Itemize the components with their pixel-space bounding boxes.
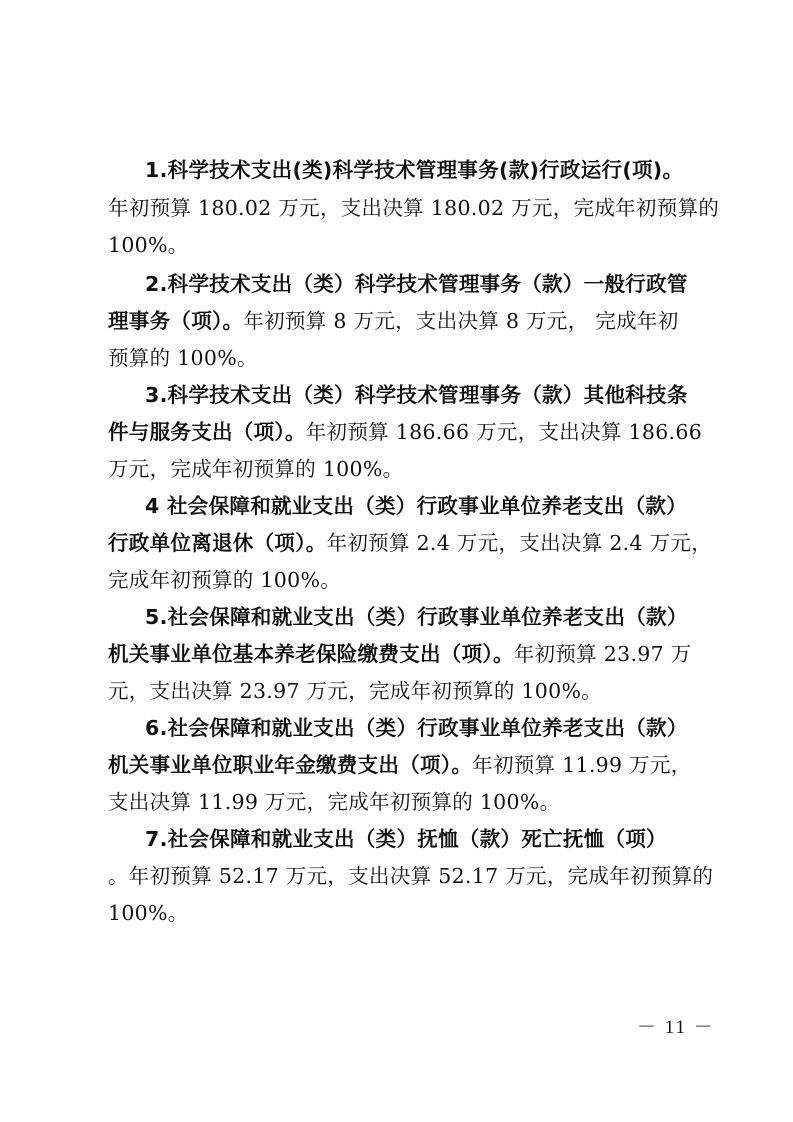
item-3-line-2: 件与服务支出（项）。年初预算 186.66 万元，支出决算 186.66 xyxy=(108,418,698,446)
document-page: 1.科学技术支出(类)科学技术管理事务(款)行政运行(项)。 年初预算 180.… xyxy=(0,0,793,1122)
item-heading: 5.社会保障和就业支出（类）行政事业单位养老支出（款） xyxy=(145,605,688,629)
item-heading: 行政单位离退休（项）。 xyxy=(108,531,327,555)
item-text: 100%。 xyxy=(108,901,189,925)
item-text: 万元，完成年初预算的 100%。 xyxy=(108,457,403,481)
item-5-line-2: 机关事业单位基本养老保险缴费支出（项）。年初预算 23.97 万 xyxy=(108,640,698,668)
item-1-line-2: 年初预算 180.02 万元，支出决算 180.02 万元，完成年初预算的 xyxy=(108,194,698,222)
item-5-line-3: 元，支出决算 23.97 万元，完成年初预算的 100%。 xyxy=(108,677,698,705)
item-text: 100%。 xyxy=(108,233,189,257)
item-3-line-3: 万元，完成年初预算的 100%。 xyxy=(108,455,698,483)
item-heading: 件与服务支出（项）。 xyxy=(108,420,306,444)
item-text: 年初预算 186.66 万元，支出决算 186.66 xyxy=(306,420,702,444)
item-heading: 2.科学技术支出（类）科学技术管理事务（款）一般行政管 xyxy=(145,272,688,296)
item-2-line-3: 预算的 100%。 xyxy=(108,344,698,372)
item-heading: 4 社会保障和就业支出（类）行政事业单位养老支出（款） xyxy=(145,494,687,518)
item-4-line-1: 4 社会保障和就业支出（类）行政事业单位养老支出（款） xyxy=(145,492,698,520)
item-2-line-2: 理事务（项）。年初预算 8 万元，支出决算 8 万元， 完成年初 xyxy=(108,307,698,335)
item-6-line-2: 机关事业单位职业年金缴费支出（项）。年初预算 11.99 万元， xyxy=(108,751,698,779)
item-7-line-3: 100%。 xyxy=(108,899,698,927)
item-3-line-1: 3.科学技术支出（类）科学技术管理事务（款）其他科技条 xyxy=(145,381,698,409)
item-1-line-1: 1.科学技术支出(类)科学技术管理事务(款)行政运行(项)。 xyxy=(145,156,698,184)
item-text: 年初预算 23.97 万 xyxy=(514,642,692,666)
item-text: 年初预算 8 万元，支出决算 8 万元， 完成年初 xyxy=(243,309,678,333)
item-text: 预算的 100%。 xyxy=(108,346,258,370)
item-heading: 机关事业单位基本养老保险缴费支出（项）。 xyxy=(108,642,514,666)
item-4-line-2: 行政单位离退休（项）。年初预算 2.4 万元，支出决算 2.4 万元， xyxy=(108,529,698,557)
item-text: 完成年初预算的 100%。 xyxy=(108,568,341,592)
item-6-line-1: 6.社会保障和就业支出（类）行政事业单位养老支出（款） xyxy=(145,714,698,742)
item-heading: 6.社会保障和就业支出（类）行政事业单位养老支出（款） xyxy=(145,716,688,740)
item-6-line-3: 支出决算 11.99 万元，完成年初预算的 100%。 xyxy=(108,788,698,816)
item-heading: 1.科学技术支出(类)科学技术管理事务(款)行政运行(项)。 xyxy=(145,158,683,182)
item-1-line-3: 100%。 xyxy=(108,231,698,259)
item-heading: 机关事业单位职业年金缴费支出（项）。 xyxy=(108,753,472,777)
item-7-line-1: 7.社会保障和就业支出（类）抚恤（款）死亡抚恤（项） xyxy=(145,825,698,853)
item-4-line-3: 完成年初预算的 100%。 xyxy=(108,566,698,594)
item-text: 。年初预算 52.17 万元，支出决算 52.17 万元，完成年初预算的 xyxy=(108,864,713,888)
item-text: 年初预算 2.4 万元，支出决算 2.4 万元， xyxy=(327,531,712,555)
item-text: 年初预算 180.02 万元，支出决算 180.02 万元，完成年初预算的 xyxy=(108,196,719,220)
item-5-line-1: 5.社会保障和就业支出（类）行政事业单位养老支出（款） xyxy=(145,603,698,631)
item-7-line-2: 。年初预算 52.17 万元，支出决算 52.17 万元，完成年初预算的 xyxy=(108,862,698,890)
page-number: － 11 － xyxy=(637,1012,715,1039)
item-2-line-1: 2.科学技术支出（类）科学技术管理事务（款）一般行政管 xyxy=(145,270,698,298)
item-text: 年初预算 11.99 万元， xyxy=(472,753,691,777)
item-heading: 7.社会保障和就业支出（类）抚恤（款）死亡抚恤（项） xyxy=(145,827,667,851)
item-heading: 理事务（项）。 xyxy=(108,309,243,333)
item-text: 元，支出决算 23.97 万元，完成年初预算的 100%。 xyxy=(108,679,602,703)
item-text: 支出决算 11.99 万元，完成年初预算的 100%。 xyxy=(108,790,560,814)
item-heading: 3.科学技术支出（类）科学技术管理事务（款）其他科技条 xyxy=(145,383,688,407)
